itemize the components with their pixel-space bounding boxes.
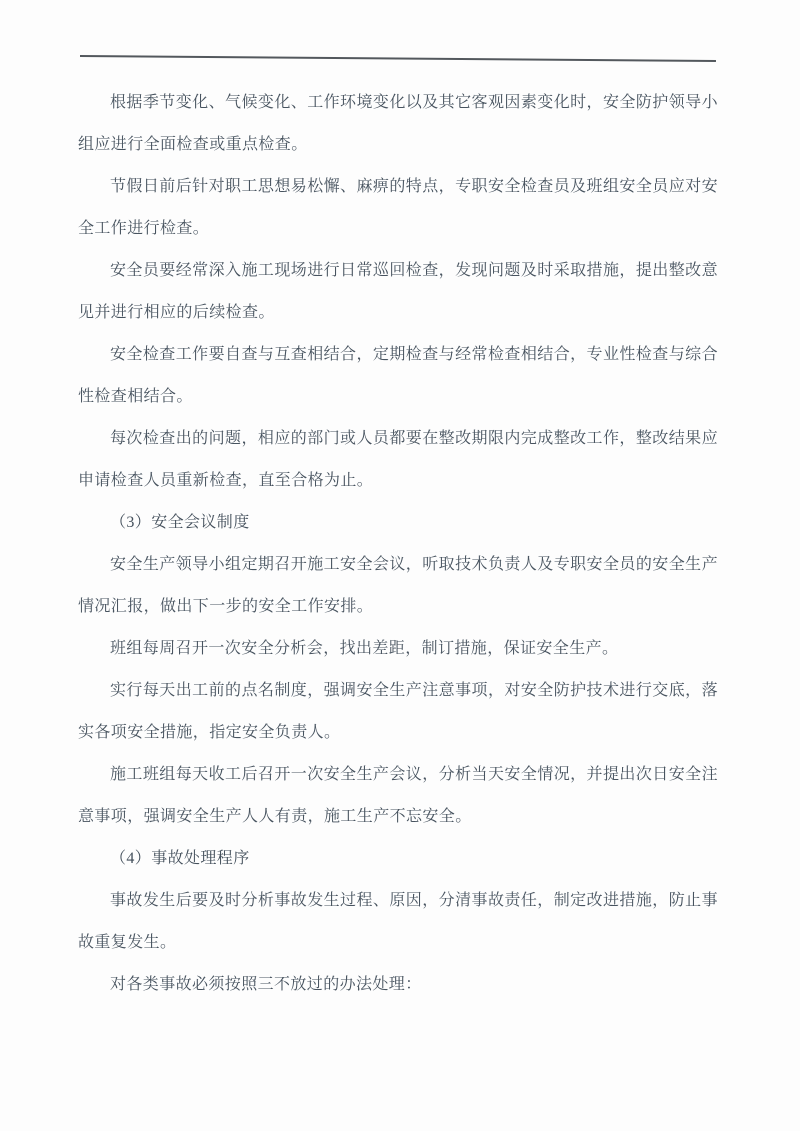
paragraph-meeting-rollcall: 实行每天出工前的点名制度，强调安全生产注意事项，对安全防护技术进行交底，落实各项… <box>78 670 718 754</box>
paragraph-inspection-seasonal: 根据季节变化、气候变化、工作环境变化以及其它客观因素变化时，安全防护领导小组应进… <box>78 82 718 166</box>
section-heading-accident-procedure: （4）事故处理程序 <box>78 838 718 880</box>
document-body: 根据季节变化、气候变化、工作环境变化以及其它客观因素变化时，安全防护领导小组应进… <box>78 82 718 1006</box>
paragraph-inspection-combine: 安全检查工作要自查与互查相结合，定期检查与经常检查相结合，专业性检查与综合性检查… <box>78 334 718 418</box>
paragraph-meeting-leadgroup: 安全生产领导小组定期召开施工安全会议，听取技术负责人及专职安全员的安全生产情况汇… <box>78 544 718 628</box>
paragraph-inspection-holiday: 节假日前后针对职工思想易松懈、麻痹的特点，专职安全检查员及班组安全员应对安全工作… <box>78 166 718 250</box>
header-rule <box>80 55 716 62</box>
paragraph-inspection-patrol: 安全员要经常深入施工现场进行日常巡回检查，发现问题及时采取措施，提出整改意见并进… <box>78 250 718 334</box>
paragraph-meeting-daily: 施工班组每天收工后召开一次安全生产会议，分析当天安全情况，并提出次日安全注意事项… <box>78 754 718 838</box>
paragraph-accident-analysis: 事故发生后要及时分析事故发生过程、原因，分清事故责任，制定改进措施，防止事故重复… <box>78 880 718 964</box>
paragraph-accident-three-rules: 对各类事故必须按照三不放过的办法处理： <box>78 964 718 1006</box>
document-page: 根据季节变化、气候变化、工作环境变化以及其它客观因素变化时，安全防护领导小组应进… <box>0 0 800 1131</box>
paragraph-inspection-rectify: 每次检查出的问题，相应的部门或人员都要在整改期限内完成整改工作，整改结果应申请检… <box>78 418 718 502</box>
section-heading-safety-meeting: （3）安全会议制度 <box>78 502 718 544</box>
paragraph-meeting-weekly: 班组每周召开一次安全分析会，找出差距，制订措施，保证安全生产。 <box>78 628 718 670</box>
